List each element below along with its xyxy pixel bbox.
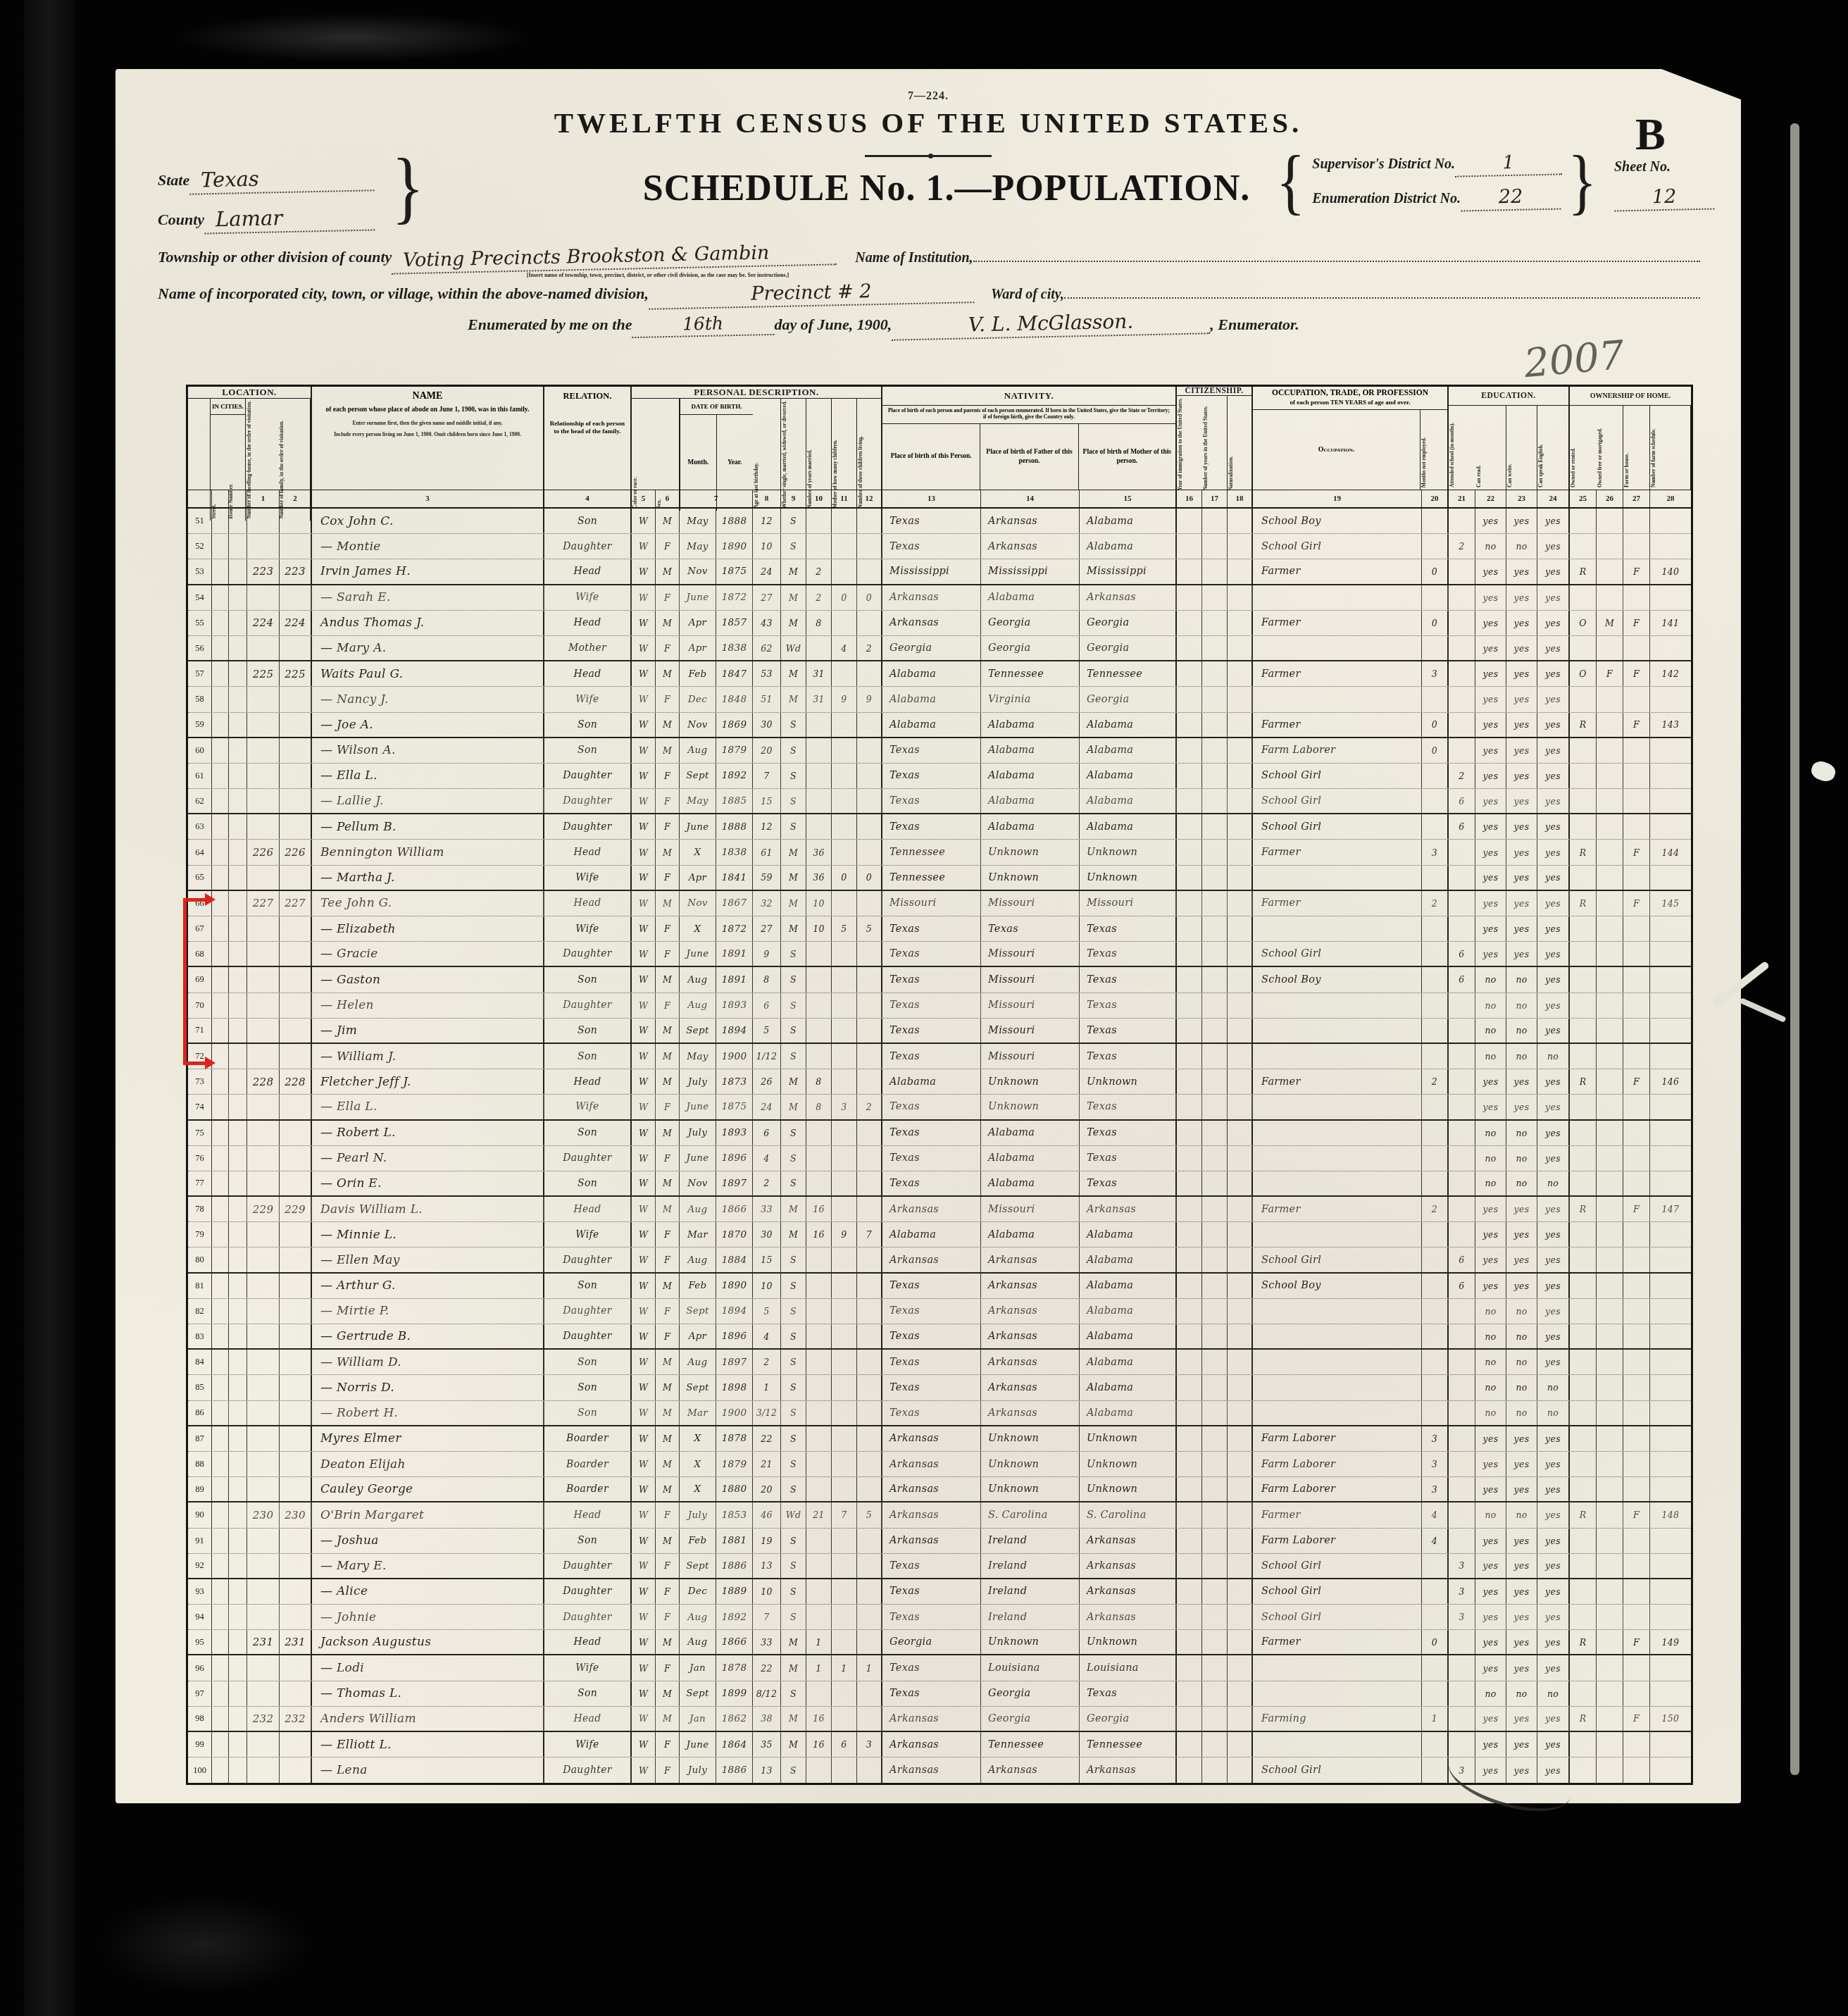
- census-cell: [1177, 1630, 1202, 1654]
- census-cell: 1847: [716, 661, 753, 686]
- census-cell: — Elizabeth: [312, 916, 544, 941]
- census-cell: [1449, 1477, 1475, 1501]
- census-cell: Texas: [882, 1375, 981, 1400]
- census-cell: [1202, 534, 1228, 559]
- census-cell: S: [781, 942, 806, 966]
- mother-of-header: Mother of how many children.: [832, 399, 857, 511]
- census-cell: 4: [753, 1146, 781, 1171]
- census-cell: no: [1475, 1019, 1506, 1043]
- census-cell: yes: [1506, 636, 1537, 660]
- census-cell: S: [781, 1299, 806, 1324]
- census-cell: [229, 942, 247, 966]
- census-cell: [1228, 840, 1253, 864]
- census-cell: [1650, 1121, 1691, 1145]
- census-cell: yes: [1506, 1197, 1537, 1221]
- census-cell: [1228, 1095, 1253, 1119]
- census-cell: 1: [1422, 1707, 1449, 1731]
- census-cell: [1597, 993, 1623, 1018]
- census-cell: 232: [247, 1707, 280, 1731]
- column-numbers-row: 1234567891011121314151617181920212223242…: [188, 490, 1691, 509]
- census-cell: Head: [544, 1630, 632, 1654]
- census-cell: — Ella L.: [312, 1095, 544, 1119]
- census-cell: yes: [1537, 1707, 1570, 1731]
- census-cell: yes: [1475, 1426, 1506, 1451]
- census-cell: 1: [806, 1630, 832, 1654]
- census-cell: Arkansas: [981, 534, 1080, 559]
- census-cell: Missouri: [981, 1044, 1080, 1069]
- line-number: 74: [188, 1095, 212, 1119]
- census-cell: F: [656, 1757, 680, 1783]
- census-cell: [1597, 1247, 1623, 1271]
- census-cell: 27: [753, 585, 781, 610]
- census-cell: Texas: [882, 993, 981, 1018]
- census-cell: [1597, 1401, 1623, 1425]
- census-cell: [212, 1757, 229, 1783]
- census-cell: 1890: [716, 534, 753, 559]
- institution-line: [973, 244, 1700, 262]
- census-cell: [806, 1019, 832, 1043]
- census-cell: 31: [806, 661, 832, 686]
- pencil-stamp: 2007: [1522, 332, 1626, 387]
- census-cell: [229, 993, 247, 1018]
- census-cell: 1893: [716, 1121, 753, 1145]
- city-label: Name of incorporated city, town, or vill…: [158, 285, 649, 303]
- institution-label: Name of Institution,: [855, 250, 973, 266]
- dwelling-number-header: Number of dwelling-house, in the order o…: [246, 399, 278, 521]
- table-row: 84— William D.SonWMAug18972STexasArkansa…: [188, 1350, 1691, 1375]
- age-header: Age at last birthday.: [753, 399, 781, 511]
- census-cell: [247, 1579, 280, 1604]
- census-cell: S: [781, 1579, 806, 1604]
- census-cell: Tennessee: [1080, 661, 1177, 686]
- column-number: 25: [1570, 490, 1597, 507]
- census-cell: yes: [1537, 789, 1570, 813]
- census-cell: [1422, 1681, 1449, 1706]
- table-row: 51Cox John C.SonWMMay188812STexasArkansa…: [188, 509, 1691, 534]
- line-number: 77: [188, 1171, 212, 1195]
- census-cell: Arkansas: [1080, 1197, 1177, 1221]
- census-cell: [857, 559, 882, 583]
- census-cell: Wife: [544, 1095, 632, 1119]
- census-cell: [1597, 509, 1623, 533]
- naturalization-header: Naturalization.: [1228, 396, 1253, 492]
- census-cell: yes: [1537, 636, 1570, 660]
- census-cell: yes: [1475, 611, 1506, 635]
- census-cell: [832, 1171, 857, 1195]
- census-cell: Unknown: [1080, 1426, 1177, 1451]
- state-label: State: [158, 171, 189, 189]
- census-cell: [247, 1171, 280, 1195]
- census-cell: [212, 1121, 229, 1145]
- census-cell: S: [781, 1350, 806, 1374]
- census-cell: [1570, 1401, 1597, 1425]
- census-cell: Arkansas: [981, 1757, 1080, 1783]
- census-cell: [857, 1605, 882, 1629]
- census-cell: 1891: [716, 967, 753, 992]
- census-cell: no: [1506, 1121, 1537, 1145]
- census-cell: [247, 738, 280, 763]
- census-cell: S: [781, 738, 806, 763]
- township-note: [Insert name of township, town, precinct…: [447, 272, 869, 278]
- census-cell: [1623, 1732, 1650, 1757]
- census-cell: yes: [1537, 1529, 1570, 1553]
- census-cell: Texas: [882, 509, 981, 533]
- census-cell: F: [656, 1222, 680, 1247]
- census-cell: yes: [1506, 687, 1537, 711]
- census-cell: 1888: [716, 509, 753, 533]
- line-number: 51: [188, 509, 212, 533]
- census-cell: W: [632, 1605, 656, 1629]
- census-cell: Head: [544, 559, 632, 583]
- census-cell: Aug: [680, 1605, 716, 1629]
- line-number: 65: [188, 866, 212, 890]
- census-cell: 9: [857, 687, 882, 711]
- census-cell: 1848: [716, 687, 753, 711]
- census-cell: [1650, 1222, 1691, 1247]
- census-cell: yes: [1506, 738, 1537, 763]
- census-cell: [212, 1579, 229, 1604]
- census-cell: [1228, 611, 1253, 635]
- census-cell: F: [656, 1605, 680, 1629]
- census-cell: 226: [247, 840, 280, 864]
- census-cell: 2: [1422, 891, 1449, 916]
- census-cell: W: [632, 1350, 656, 1374]
- census-cell: [1253, 1019, 1422, 1043]
- census-cell: S: [781, 789, 806, 813]
- census-cell: Missouri: [981, 967, 1080, 992]
- census-cell: [229, 1324, 247, 1348]
- census-cell: [1253, 1299, 1422, 1324]
- census-cell: [832, 1605, 857, 1629]
- census-cell: Farmer: [1253, 1502, 1422, 1527]
- farm-schedule-header: Number of farm schedule.: [1650, 406, 1691, 490]
- census-cell: yes: [1475, 891, 1506, 916]
- table-row: 53223223Irvin James H.HeadWMNov187524M2M…: [188, 559, 1691, 585]
- census-cell: Wife: [544, 1222, 632, 1247]
- census-cell: M: [781, 661, 806, 686]
- children-living-header: Number of these children living.: [857, 399, 882, 511]
- census-cell: yes: [1506, 1452, 1537, 1476]
- census-cell: Georgia: [981, 611, 1080, 635]
- census-cell: [806, 636, 832, 660]
- census-cell: Arkansas: [882, 1757, 981, 1783]
- census-cell: [229, 1681, 247, 1706]
- census-cell: [212, 1630, 229, 1654]
- census-cell: yes: [1475, 559, 1506, 583]
- schedule-title: SCHEDULE No. 1.—POPULATION.: [608, 168, 1285, 209]
- census-cell: yes: [1475, 713, 1506, 737]
- census-cell: [212, 1375, 229, 1400]
- census-cell: [1650, 942, 1691, 966]
- census-cell: [832, 1044, 857, 1069]
- census-cell: Mississippi: [882, 559, 981, 583]
- census-cell: [1422, 1757, 1449, 1783]
- census-cell: 6: [1449, 814, 1475, 839]
- name-note-1: Enter surname first, then the given name…: [316, 420, 539, 426]
- census-cell: yes: [1537, 713, 1570, 737]
- line-number: 82: [188, 1299, 212, 1324]
- census-cell: Nov: [680, 559, 716, 583]
- census-cell: [1202, 585, 1228, 610]
- census-cell: [832, 1324, 857, 1348]
- census-cell: 10: [806, 891, 832, 916]
- census-cell: 225: [247, 661, 280, 686]
- census-cell: [1422, 866, 1449, 890]
- census-cell: S: [781, 1452, 806, 1476]
- census-cell: [1253, 993, 1422, 1018]
- census-cell: [280, 1554, 312, 1578]
- census-cell: [1650, 1605, 1691, 1629]
- census-cell: 1841: [716, 866, 753, 890]
- census-cell: yes: [1475, 1554, 1506, 1578]
- census-cell: [1202, 1605, 1228, 1629]
- census-cell: [1449, 1019, 1475, 1043]
- census-cell: Daughter: [544, 764, 632, 788]
- census-cell: [832, 611, 857, 635]
- census-cell: [1449, 1350, 1475, 1374]
- census-cell: [1177, 1426, 1202, 1451]
- census-cell: Mar: [680, 1401, 716, 1425]
- census-cell: Arkansas: [882, 585, 981, 610]
- census-cell: Alabama: [882, 713, 981, 737]
- census-cell: — Thomas L.: [312, 1681, 544, 1706]
- red-arrowhead-top-icon: [205, 893, 216, 906]
- census-cell: yes: [1475, 509, 1506, 533]
- census-cell: [1177, 1299, 1202, 1324]
- nativity-title: NATIVITY.: [882, 387, 1175, 406]
- census-cell: Texas: [882, 1299, 981, 1324]
- census-cell: 5: [753, 1299, 781, 1324]
- ward-line: [1064, 280, 1700, 299]
- census-cell: [1422, 585, 1449, 610]
- census-cell: [229, 1426, 247, 1451]
- census-cell: [857, 534, 882, 559]
- township-value: Voting Precincts Brookston & Gambin: [392, 240, 837, 274]
- census-cell: 227: [280, 891, 312, 916]
- census-cell: [247, 636, 280, 660]
- census-cell: [857, 1757, 882, 1783]
- census-cell: 8/12: [753, 1681, 781, 1706]
- census-cell: Wife: [544, 916, 632, 941]
- census-cell: [1449, 993, 1475, 1018]
- census-cell: Mar: [680, 1222, 716, 1247]
- census-cell: 1896: [716, 1146, 753, 1171]
- census-cell: no: [1506, 1299, 1537, 1324]
- census-cell: [1202, 1095, 1228, 1119]
- census-cell: [832, 1630, 857, 1654]
- census-cell: [229, 764, 247, 788]
- years-married-header: Number of years married.: [806, 399, 832, 511]
- census-cell: [1623, 1605, 1650, 1629]
- pob-mother-header: Place of birth of Mother of this person.: [1079, 424, 1175, 490]
- census-cell: [1623, 636, 1650, 660]
- census-cell: Dec: [680, 687, 716, 711]
- census-cell: Arkansas: [981, 1324, 1080, 1348]
- census-cell: [1177, 1121, 1202, 1145]
- census-cell: [1449, 509, 1475, 533]
- census-cell: [229, 1095, 247, 1119]
- census-cell: [1202, 993, 1228, 1018]
- census-cell: [1570, 509, 1597, 533]
- census-cell: [832, 1019, 857, 1043]
- census-cell: [806, 1426, 832, 1451]
- census-cell: [1177, 1274, 1202, 1298]
- census-cell: [247, 866, 280, 890]
- census-cell: [857, 840, 882, 864]
- census-cell: M: [781, 1732, 806, 1757]
- census-cell: [806, 1757, 832, 1783]
- census-cell: [1449, 559, 1475, 583]
- census-cell: yes: [1537, 1247, 1570, 1271]
- census-cell: W: [632, 1757, 656, 1783]
- census-cell: [1177, 967, 1202, 992]
- census-cell: [229, 866, 247, 890]
- census-cell: [247, 1426, 280, 1451]
- census-cell: [1253, 1044, 1422, 1069]
- column-number: [188, 490, 212, 507]
- line-number: 52: [188, 534, 212, 559]
- census-cell: [1570, 1222, 1597, 1247]
- census-cell: [1597, 738, 1623, 763]
- census-cell: [857, 1375, 882, 1400]
- census-cell: Feb: [680, 661, 716, 686]
- census-cell: [832, 1274, 857, 1298]
- census-cell: no: [1537, 1171, 1570, 1195]
- census-cell: Texas: [882, 1044, 981, 1069]
- years-in-us-header: Number of years in the United States.: [1202, 396, 1228, 492]
- census-cell: [229, 1452, 247, 1476]
- census-cell: [1177, 1197, 1202, 1221]
- census-cell: W: [632, 636, 656, 660]
- census-cell: M: [781, 916, 806, 941]
- census-cell: W: [632, 661, 656, 686]
- census-cell: Virginia: [981, 687, 1080, 711]
- census-cell: M: [781, 866, 806, 890]
- census-cell: no: [1537, 1044, 1570, 1069]
- census-cell: S: [781, 534, 806, 559]
- census-cell: [1597, 1732, 1623, 1757]
- census-cell: [212, 840, 229, 864]
- census-cell: [229, 1605, 247, 1629]
- census-cell: Head: [544, 891, 632, 916]
- line-number: 60: [188, 738, 212, 763]
- census-cell: 5: [753, 1019, 781, 1043]
- census-cell: no: [1475, 1324, 1506, 1348]
- census-cell: Texas: [882, 764, 981, 788]
- census-cell: July: [680, 1757, 716, 1783]
- sheet-value-wrap: 12: [1614, 186, 1714, 211]
- census-cell: yes: [1506, 866, 1537, 890]
- census-cell: yes: [1537, 1502, 1570, 1527]
- census-cell: Aug: [680, 1247, 716, 1271]
- census-cell: M: [656, 840, 680, 864]
- census-cell: [1597, 1121, 1623, 1145]
- census-cell: 21: [806, 1502, 832, 1527]
- census-cell: [212, 942, 229, 966]
- census-cell: [1570, 1681, 1597, 1706]
- census-cell: M: [656, 1452, 680, 1476]
- census-cell: [280, 967, 312, 992]
- census-cell: 2: [806, 559, 832, 583]
- census-cell: 0: [857, 585, 882, 610]
- census-cell: W: [632, 814, 656, 839]
- census-cell: [1623, 687, 1650, 711]
- census-cell: [247, 916, 280, 941]
- census-cell: [229, 1502, 247, 1527]
- census-cell: [857, 1477, 882, 1501]
- census-cell: [1228, 993, 1253, 1018]
- census-cell: [1202, 866, 1228, 890]
- census-cell: [1177, 1529, 1202, 1553]
- census-cell: [1177, 789, 1202, 813]
- census-cell: 26: [753, 1069, 781, 1094]
- census-cell: [1177, 1069, 1202, 1094]
- census-cell: [229, 1401, 247, 1425]
- census-cell: [1570, 1655, 1597, 1680]
- census-cell: 2: [857, 1095, 882, 1119]
- census-cell: Texas: [1080, 916, 1177, 941]
- census-cell: S: [781, 967, 806, 992]
- census-cell: [1202, 789, 1228, 813]
- census-cell: 5: [857, 1502, 882, 1527]
- census-cell: Arkansas: [882, 611, 981, 635]
- census-cell: [1623, 1757, 1650, 1783]
- census-cell: 3: [1449, 1605, 1475, 1629]
- census-cell: — Norris D.: [312, 1375, 544, 1400]
- line-number: 97: [188, 1681, 212, 1706]
- census-cell: Alabama: [1080, 509, 1177, 533]
- census-cell: [1253, 1146, 1422, 1171]
- table-row: 77— Orin E.SonWMNov18972STexasAlabamaTex…: [188, 1171, 1691, 1197]
- census-cell: Son: [544, 1681, 632, 1706]
- ward-label: Ward of city,: [991, 287, 1064, 303]
- census-cell: M: [656, 1274, 680, 1298]
- census-cell: — Gracie: [312, 942, 544, 966]
- census-cell: [247, 1452, 280, 1476]
- census-cell: [1422, 1579, 1449, 1604]
- census-cell: no: [1475, 993, 1506, 1018]
- table-row: 88Deaton ElijahBoarderWMX187921SArkansas…: [188, 1452, 1691, 1477]
- census-cell: Alabama: [1080, 1222, 1177, 1247]
- census-cell: [857, 1681, 882, 1706]
- census-cell: [1597, 585, 1623, 610]
- census-cell: yes: [1537, 942, 1570, 966]
- census-cell: [1228, 1579, 1253, 1604]
- census-cell: [229, 789, 247, 813]
- census-cell: 12: [753, 509, 781, 533]
- census-cell: 15: [753, 1247, 781, 1271]
- immigration-year-header: Year of immigration to the United States…: [1177, 396, 1202, 492]
- census-cell: [229, 814, 247, 839]
- census-cell: [280, 764, 312, 788]
- census-cell: [1623, 1146, 1650, 1171]
- census-cell: no: [1475, 1681, 1506, 1706]
- census-cell: Texas: [1080, 1171, 1177, 1195]
- census-cell: [212, 1197, 229, 1221]
- census-cell: [1422, 764, 1449, 788]
- census-cell: [1650, 1401, 1691, 1425]
- census-cell: — Robert H.: [312, 1401, 544, 1425]
- column-number: 21: [1449, 490, 1475, 507]
- census-cell: W: [632, 534, 656, 559]
- census-cell: Texas: [882, 738, 981, 763]
- census-cell: no: [1506, 1502, 1537, 1527]
- census-cell: [247, 789, 280, 813]
- census-cell: X: [680, 840, 716, 864]
- census-cell: Aug: [680, 738, 716, 763]
- census-cell: Sept: [680, 1554, 716, 1578]
- column-number: 15: [1080, 490, 1177, 507]
